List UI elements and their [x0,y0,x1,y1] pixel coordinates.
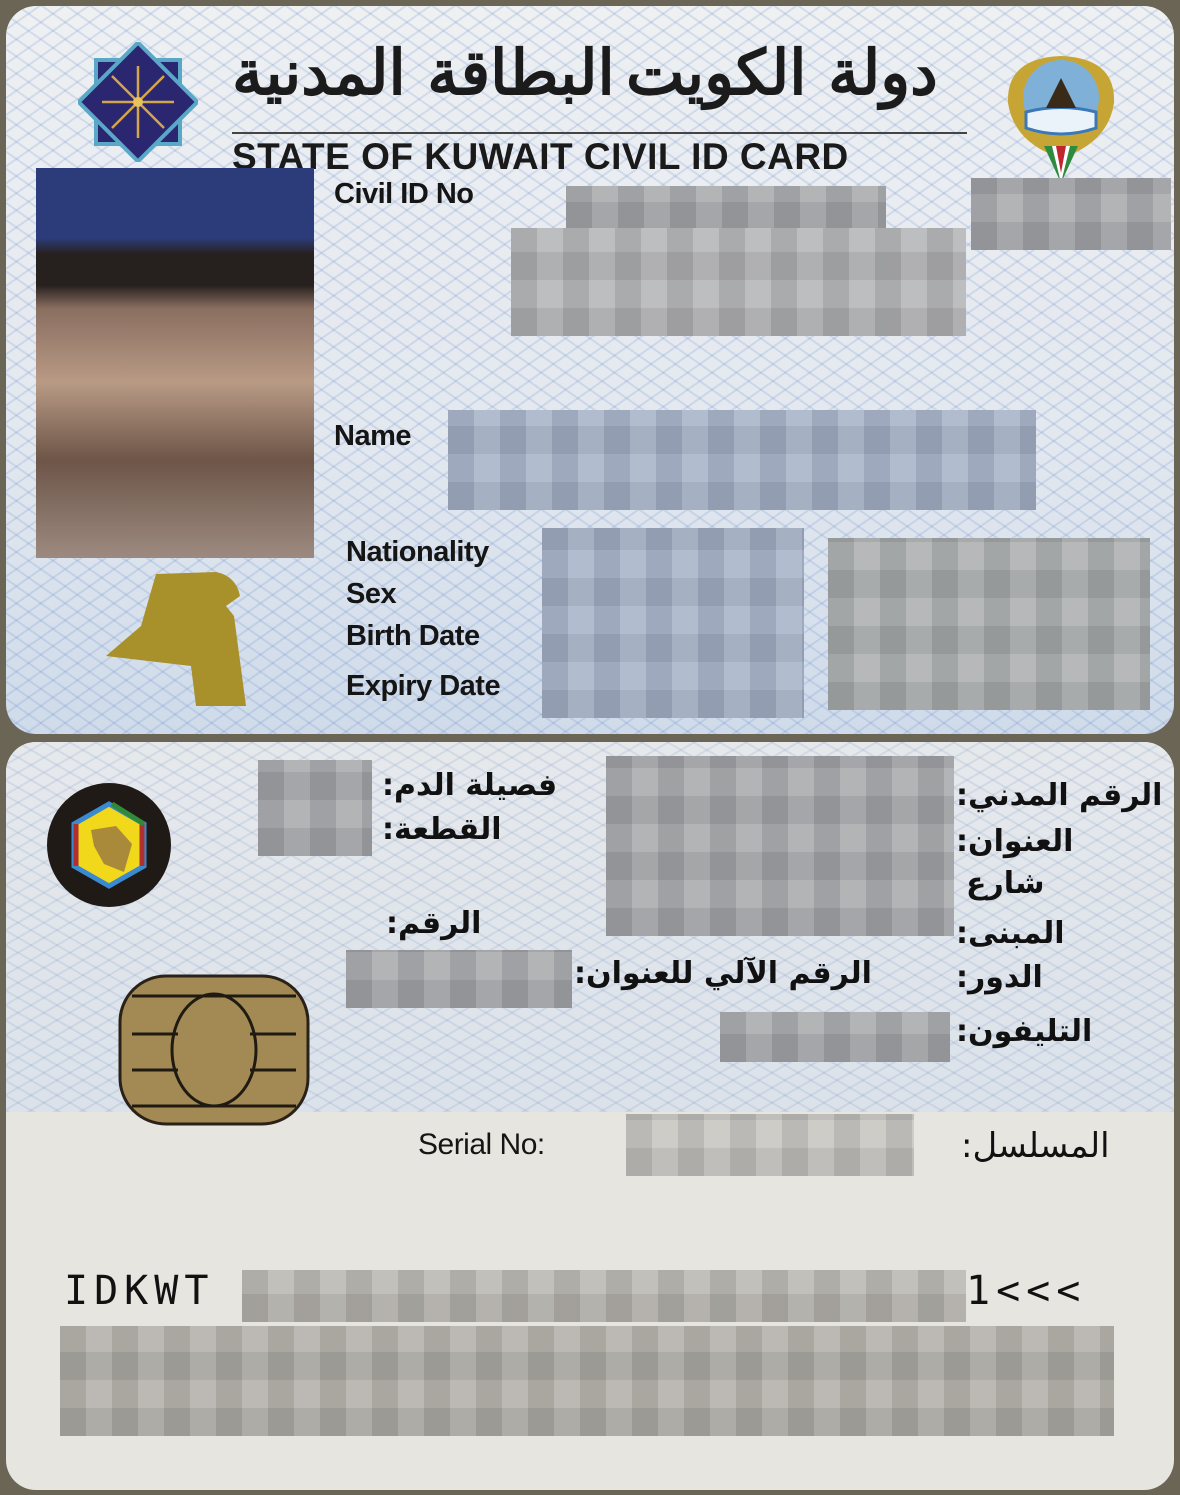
id-card-front: البطاقة المدنية دولة الكويت STATE OF KUW… [6,6,1174,734]
mrz-suffix: 1<<< [966,1268,1086,1314]
label-blood-type: فصيلة الدم: [382,768,557,803]
personal-values-redacted [542,528,804,718]
civil-id-value-ar-redacted [971,178,1171,250]
star-emblem-icon [78,42,198,162]
kuwait-coat-of-arms-icon [996,48,1126,188]
label-floor: الدور: [956,960,1043,995]
mrz-lines-2-3-redacted [60,1326,1114,1436]
blood-type-value-redacted [258,760,372,856]
kuwait-map-icon [106,566,256,716]
label-name: Name [334,420,411,453]
label-number: الرقم: [386,906,481,941]
name-value-redacted [448,410,1036,510]
gcc-emblem-icon [46,782,172,908]
label-expiry-date: Expiry Date [346,670,500,703]
title-english: STATE OF KUWAIT CIVIL ID CARD [232,136,849,178]
label-building: المبنى: [956,916,1065,951]
title-divider [232,132,967,134]
label-street: شارع [966,866,1045,901]
label-civil-number: الرقم المدني: [956,778,1162,813]
mrz-line-1-redacted [242,1270,966,1322]
civil-id-value-redacted [566,186,886,230]
mrz-prefix: IDKWT [64,1268,214,1314]
personal-values-ar-redacted [828,538,1150,710]
label-sex: Sex [346,578,396,611]
title-arabic-civil-card: البطاقة المدنية [232,36,615,109]
title-arabic-state-kuwait: دولة الكويت [626,36,938,109]
label-serial-no: Serial No: [418,1128,545,1162]
smart-chip-icon [118,974,310,1126]
serial-value-redacted [626,1114,914,1176]
civil-id-value-2-redacted [511,228,966,336]
label-nationality: Nationality [346,536,489,569]
photo-redacted [36,168,314,558]
label-paci-number: الرقم الآلي للعنوان: [574,956,872,991]
label-birth-date: Birth Date [346,620,480,653]
id-card-back: فصيلة الدم: القطعة: الرقم المدني: العنوا… [6,742,1174,1490]
label-phone: التليفون: [956,1014,1092,1049]
label-civil-id: Civil ID No [334,178,474,211]
label-block: القطعة: [382,812,502,847]
phone-value-redacted [720,1012,950,1062]
number-value-redacted [346,950,572,1008]
label-serial-arabic: المسلسل: [961,1126,1110,1166]
label-address: العنوان: [956,824,1073,859]
address-values-redacted [606,756,954,936]
